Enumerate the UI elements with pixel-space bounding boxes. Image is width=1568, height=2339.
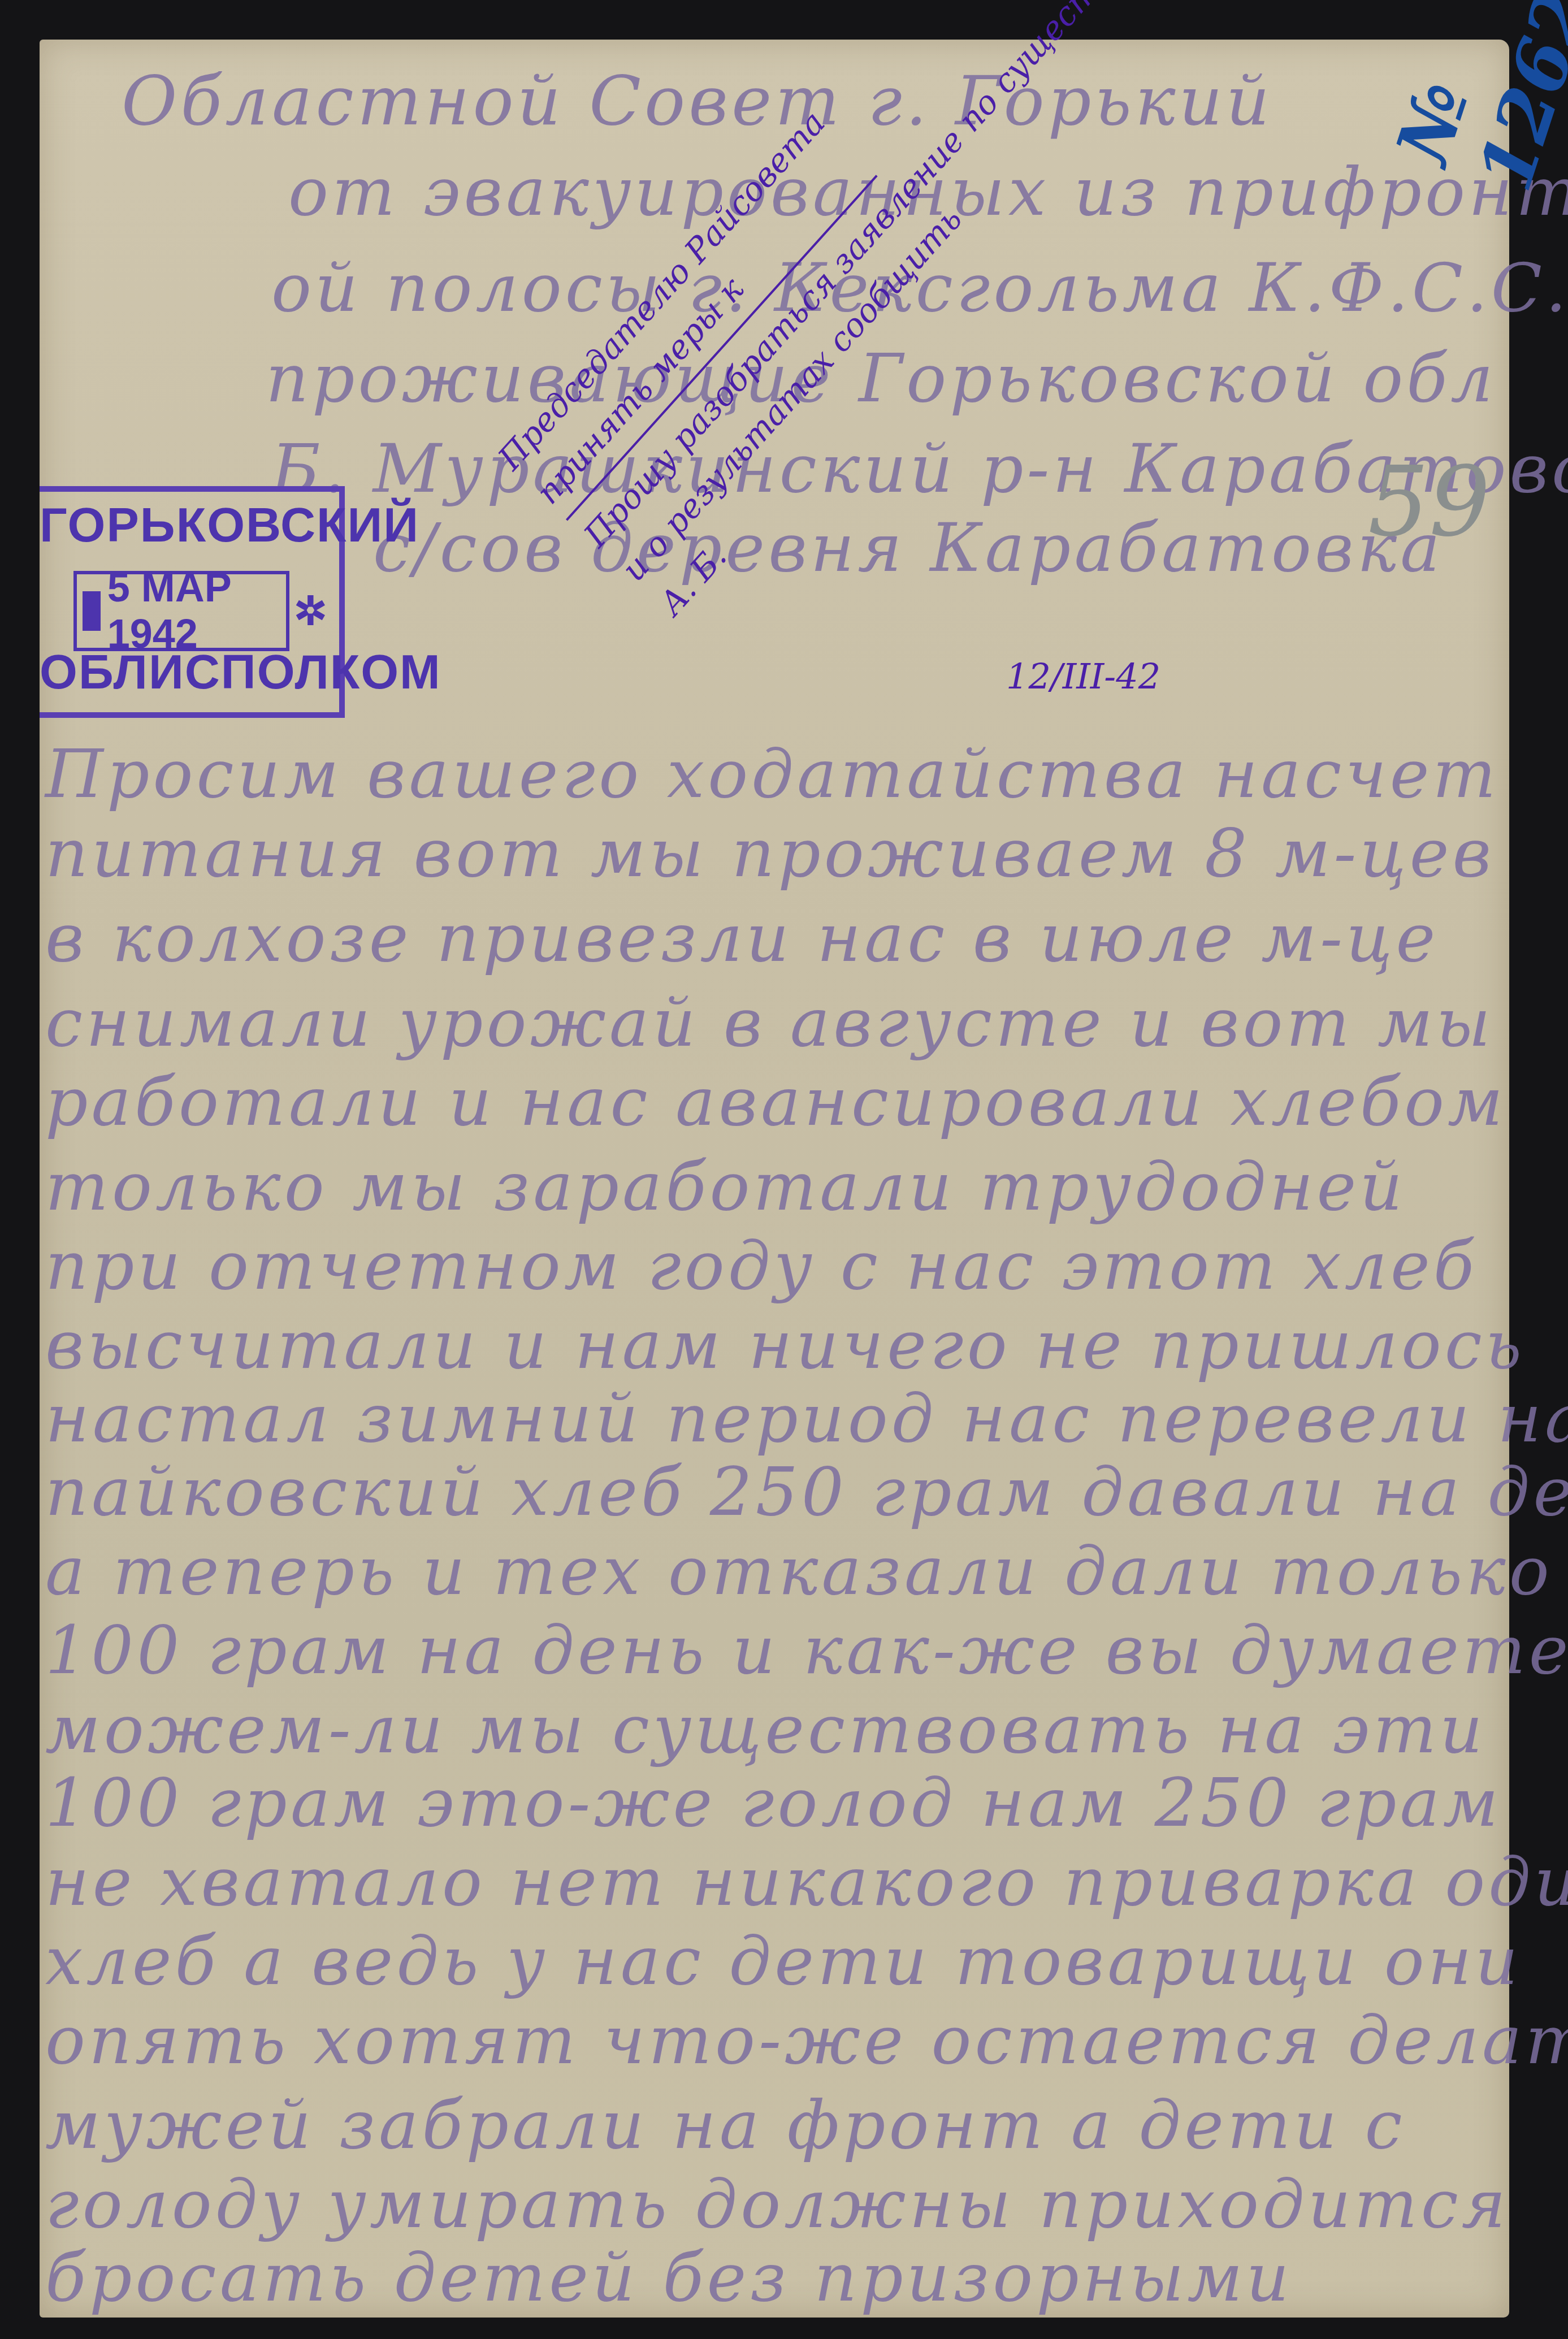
body-line: при отчетном году с нас этот хлеб: [45, 1227, 1478, 1305]
body-line: питания вот мы проживаем 8 м-цев: [45, 814, 1495, 892]
body-line: снимали урожай в августе и вот мы: [45, 984, 1494, 1062]
stamp-date-box: 5 МАР 1942: [73, 571, 289, 651]
body-line: настал зимний период нас перевели на: [45, 1379, 1568, 1457]
body-line: хлеб а ведь у нас дети товарищи они: [45, 1922, 1521, 2000]
stamp-top-text: ГОРЬКОВСКИЙ: [40, 497, 419, 553]
body-line: 100 грам это-же голод нам 250 грам: [45, 1764, 1502, 1842]
body-line: голоду умирать должны приходится: [45, 2165, 1509, 2243]
body-line: высчитали и нам ничего не пришлось: [45, 1306, 1525, 1384]
body-line: не хватало нет никакого приварка один: [45, 1843, 1568, 1921]
body-line: только мы заработали трудодней: [45, 1147, 1406, 1225]
folio-number: 59: [1368, 447, 1490, 558]
stamp-star-icon: ✲: [294, 588, 327, 634]
stamp-square-icon: [83, 591, 101, 631]
body-line: Просим вашего ходатайства насчет: [45, 735, 1500, 813]
body-line: опять хотят что-же остается делать: [45, 2001, 1568, 2079]
header-line: Областной Совет г. Горький: [122, 62, 1273, 141]
body-line: 100 грам на день и как-же вы думаете: [45, 1611, 1568, 1689]
body-line: пайковский хлеб 250 грам давали на день: [45, 1453, 1568, 1531]
resolution-date: 12/III-42: [1006, 656, 1160, 697]
body-line: мужей забрали на фронт а дети с: [45, 2086, 1406, 2164]
body-line: бросать детей без призорными: [45, 2238, 1292, 2316]
registration-stamp: ГОРЬКОВСКИЙ 5 МАР 1942 ✲ ОБЛИСПОЛКОМ: [40, 486, 345, 718]
body-line: а теперь и тех отказали дали только: [45, 1532, 1553, 1610]
body-line: работали и нас авансировали хлебом: [45, 1063, 1506, 1141]
body-line: в колхозе привезли нас в июле м-це: [45, 899, 1439, 977]
stamp-date: 5 МАР 1942: [107, 565, 286, 657]
body-line: можем-ли мы существовать на эти: [45, 1690, 1486, 1768]
stamp-bottom-text: ОБЛИСПОЛКОМ: [40, 644, 441, 700]
